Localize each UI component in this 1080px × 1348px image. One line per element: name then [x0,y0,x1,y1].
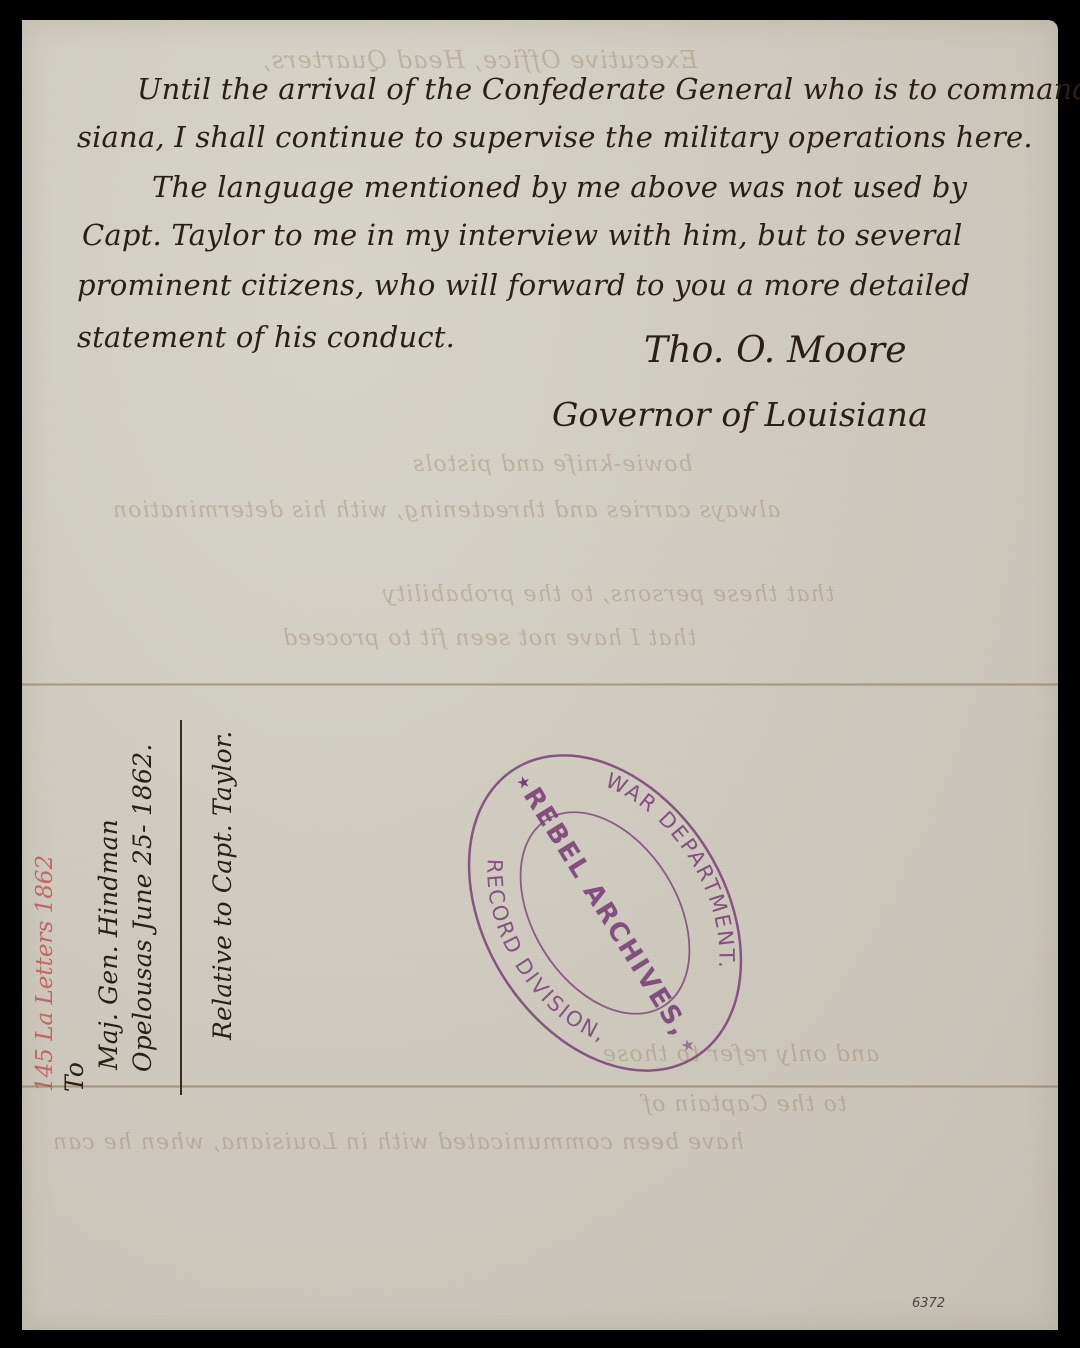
signature-title: Governor of Louisiana [552,395,928,434]
body-line: siana, I shall continue to supervise the… [77,120,1033,154]
bleed-through-line: have been communicated with in Louisiana… [52,1130,744,1155]
docket-line: Opelousas June 25- 1862. [128,744,157,1073]
bleed-through-line: bowie-knife and pistols [412,452,693,477]
docket-line: Maj. Gen. Hindman [94,819,123,1070]
body-line: The language mentioned by me above was n… [152,170,967,204]
bleed-through-line: always carries and threatening, with his… [112,498,780,523]
bleed-through-line: that I have not seen fit to proceed [282,626,697,651]
stamp-star-icon: ★ [676,1034,700,1056]
letter-page: Executive Office, Head Quarters, bowie-k… [22,20,1058,1330]
bleed-through-line: to the Captain of [642,1092,847,1117]
fold-line-upper [22,683,1058,686]
signature-name: Tho. O. Moore [644,330,907,371]
docket: 145 La Letters 1862 To Maj. Gen. Hindman… [30,700,260,1100]
body-line: statement of his conduct. [77,320,455,354]
body-line: prominent citizens, who will forward to … [77,268,970,302]
bleed-through-heading: Executive Office, Head Quarters, [262,46,698,74]
docket-rule [180,720,182,1095]
docket-line: To [60,1062,89,1092]
archive-number: 6372 [912,1296,945,1311]
bleed-through-line: that these persons, to the probability [382,582,835,607]
docket-line: Relative to Capt. Taylor. [208,731,237,1040]
body-line: Until the arrival of the Confederate Gen… [137,72,1080,106]
body-line: Capt. Taylor to me in my interview with … [82,218,962,252]
docket-red-notation: 145 La Letters 1862 [32,855,58,1092]
